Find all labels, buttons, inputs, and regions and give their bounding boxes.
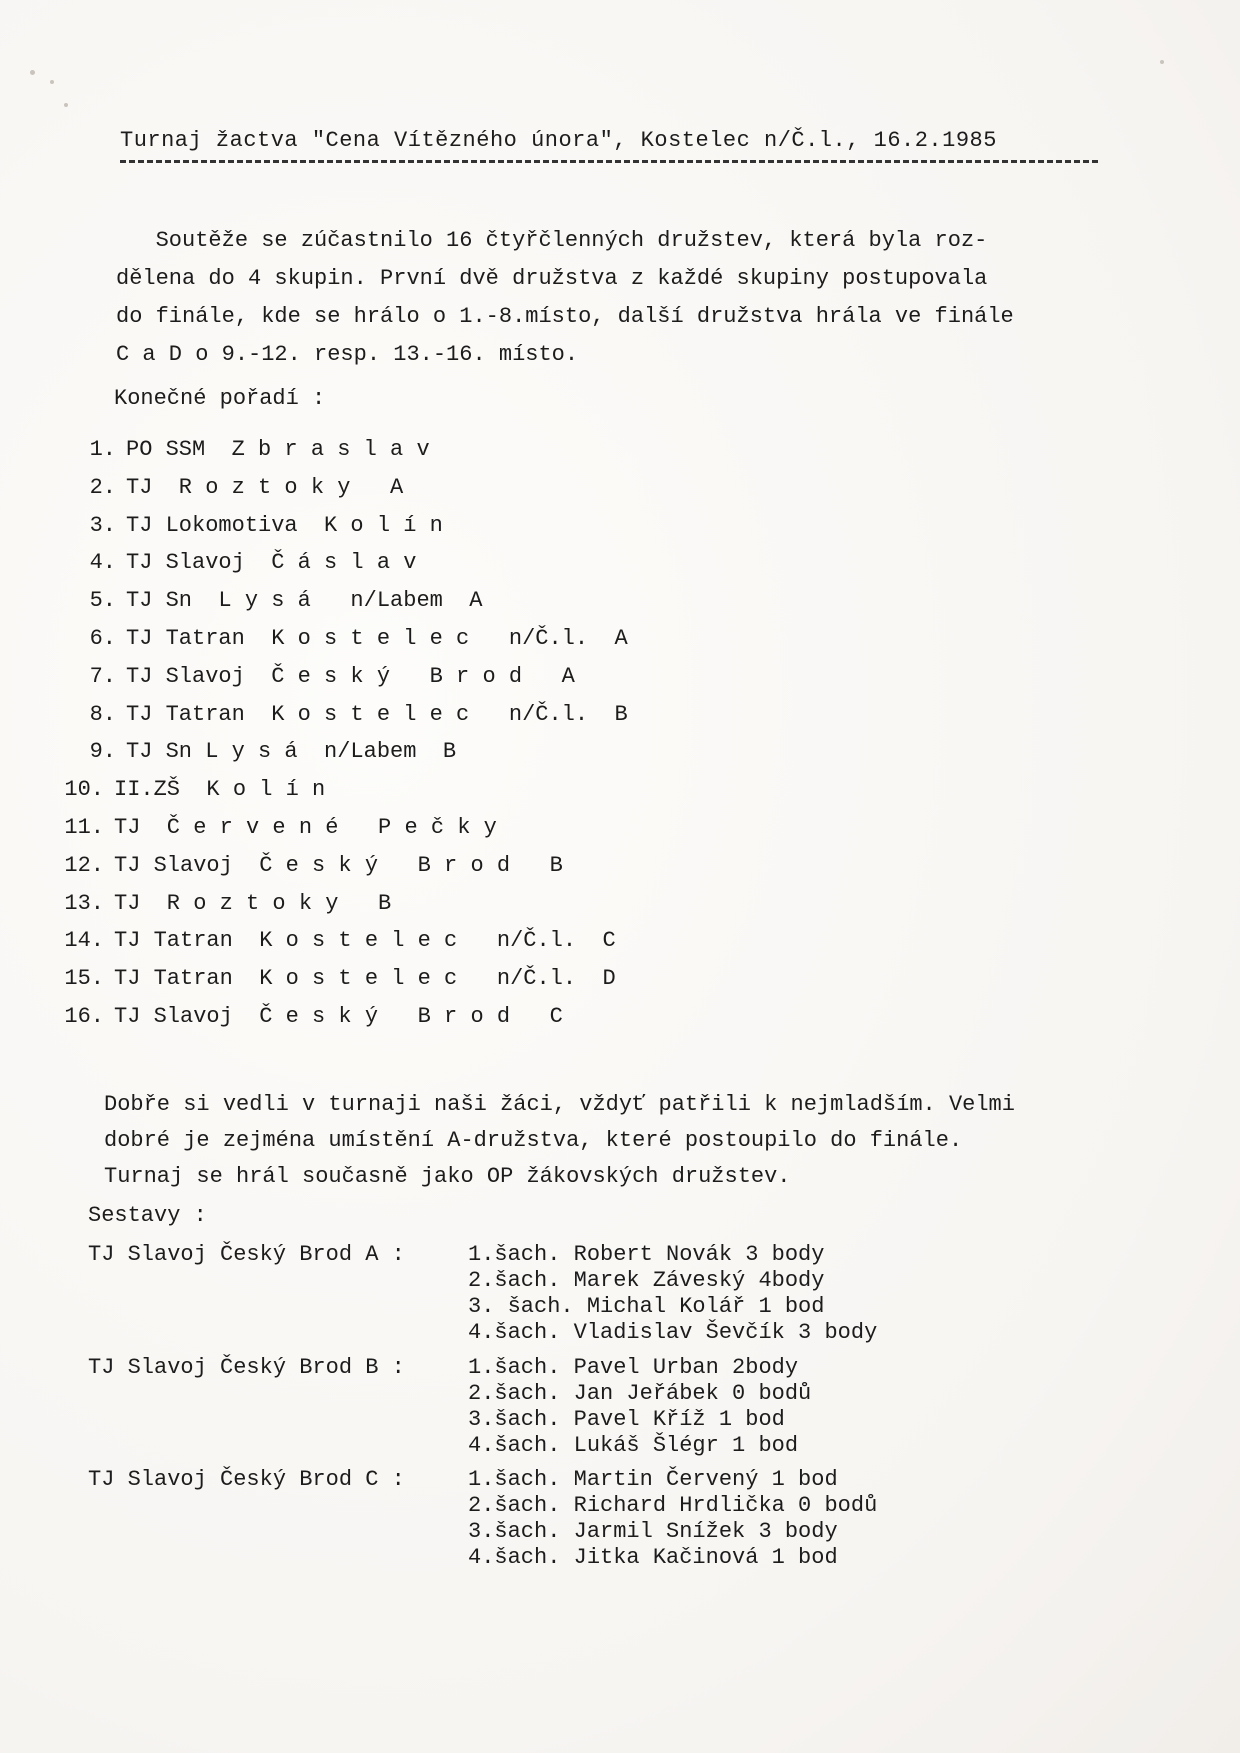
ranking-team: TJ R o z t o k y B <box>114 891 391 916</box>
lineup-team: TJ Slavoj Český Brod C : <box>88 1467 405 1492</box>
ranking-team: II.ZŠ K o l í n <box>114 777 325 802</box>
ranking-place: 15. <box>58 966 104 991</box>
ranking-place: 5. <box>70 588 116 613</box>
intro-line: C a D o 9.-12. resp. 13.-16. místo. <box>116 336 1176 374</box>
ranking-row: 13.TJ R o z t o k y B <box>58 891 391 921</box>
ranking-row: 16.TJ Slavoj Č e s k ý B r o d C <box>58 1004 563 1034</box>
ranking-place: 3. <box>70 513 116 538</box>
lineup-player: 4.šach. Lukáš Šlégr 1 bod <box>468 1433 811 1459</box>
ranking-place: 1. <box>70 437 116 462</box>
ranking-row: 14.TJ Tatran K o s t e l e c n/Č.l. C <box>58 928 616 958</box>
ranking-team: TJ Č e r v e n é P e č k y <box>114 815 497 840</box>
paper-speck <box>30 70 35 75</box>
paper-speck <box>50 80 54 84</box>
lineup-player: 2.šach. Jan Jeřábek 0 bodů <box>468 1381 811 1407</box>
ranking-row: 5.TJ Sn L y s á n/Labem A <box>70 588 482 618</box>
intro-line: dělena do 4 skupin. První dvě družstva z… <box>116 260 1176 298</box>
ranking-team: TJ Slavoj Č á s l a v <box>126 550 416 575</box>
ranking-row: 1.PO SSM Z b r a s l a v <box>70 437 430 467</box>
ranking-team: TJ Sn L y s á n/Labem A <box>126 588 482 613</box>
ranking-row: 2.TJ R o z t o k y A <box>70 475 403 505</box>
lineup-team: TJ Slavoj Český Brod A : <box>88 1242 405 1267</box>
ranking-team: TJ Tatran K o s t e l e c n/Č.l. D <box>114 966 616 991</box>
ranking-row: 11.TJ Č e r v e n é P e č k y <box>58 815 497 845</box>
ranking-row: 12.TJ Slavoj Č e s k ý B r o d B <box>58 853 563 883</box>
ranking-place: 4. <box>70 550 116 575</box>
paper-speck <box>64 103 68 107</box>
lineup-player: 1.šach. Robert Novák 3 body <box>468 1242 877 1268</box>
ranking-heading: Konečné pořadí : <box>114 386 325 411</box>
ranking-row: 9.TJ Sn L y s á n/Labem B <box>70 739 456 769</box>
comment-line: Dobře si vedli v turnaji naši žáci, vždy… <box>104 1087 1015 1123</box>
ranking-row: 10.II.ZŠ K o l í n <box>58 777 325 807</box>
comment-line: dobré je zejména umístění A-družstva, kt… <box>104 1123 1015 1159</box>
intro-paragraph: Soutěže se zúčastnilo 16 čtyřčlenných dr… <box>116 222 1176 374</box>
ranking-team: TJ Slavoj Č e s k ý B r o d C <box>114 1004 563 1029</box>
lineup-player: 1.šach. Pavel Urban 2body <box>468 1355 811 1381</box>
ranking-place: 14. <box>58 928 104 953</box>
ranking-row: 4.TJ Slavoj Č á s l a v <box>70 550 416 580</box>
ranking-team: TJ Tatran K o s t e l e c n/Č.l. B <box>126 702 628 727</box>
lineup-players: 1.šach. Pavel Urban 2body2.šach. Jan Jeř… <box>468 1355 811 1459</box>
ranking-row: 6.TJ Tatran K o s t e l e c n/Č.l. A <box>70 626 628 656</box>
lineup-player: 4.šach. Jitka Kačinová 1 bod <box>468 1545 877 1571</box>
ranking-place: 11. <box>58 815 104 840</box>
paper-speck <box>1160 60 1164 64</box>
lineup-player: 2.šach. Marek Záveský 4body <box>468 1268 877 1294</box>
comment-paragraph: Dobře si vedli v turnaji naši žáci, vždy… <box>104 1087 1015 1195</box>
lineups-heading: Sestavy : <box>88 1203 207 1228</box>
ranking-place: 6. <box>70 626 116 651</box>
lineup-player: 1.šach. Martin Červený 1 bod <box>468 1467 877 1493</box>
ranking-place: 9. <box>70 739 116 764</box>
ranking-row: 8.TJ Tatran K o s t e l e c n/Č.l. B <box>70 702 628 732</box>
ranking-place: 13. <box>58 891 104 916</box>
ranking-team: TJ Slavoj Č e s k ý B r o d B <box>114 853 563 878</box>
ranking-team: TJ R o z t o k y A <box>126 475 403 500</box>
ranking-place: 16. <box>58 1004 104 1029</box>
lineup-player: 3.šach. Jarmil Snížek 3 body <box>468 1519 877 1545</box>
intro-line: Soutěže se zúčastnilo 16 čtyřčlenných dr… <box>116 222 1176 260</box>
title-underline <box>120 160 1098 163</box>
intro-line: do finále, kde se hrálo o 1.-8.místo, da… <box>116 298 1176 336</box>
ranking-place: 2. <box>70 475 116 500</box>
ranking-row: 15.TJ Tatran K o s t e l e c n/Č.l. D <box>58 966 616 996</box>
ranking-team: TJ Sn L y s á n/Labem B <box>126 739 456 764</box>
lineup-players: 1.šach. Martin Červený 1 bod2.šach. Rich… <box>468 1467 877 1571</box>
document-title: Turnaj žactva "Cena Vítězného února", Ko… <box>120 128 997 153</box>
ranking-team: TJ Slavoj Č e s k ý B r o d A <box>126 664 575 689</box>
lineup-player: 3.šach. Pavel Kříž 1 bod <box>468 1407 811 1433</box>
lineup-player: 3. šach. Michal Kolář 1 bod <box>468 1294 877 1320</box>
ranking-row: 7.TJ Slavoj Č e s k ý B r o d A <box>70 664 575 694</box>
ranking-place: 10. <box>58 777 104 802</box>
lineup-players: 1.šach. Robert Novák 3 body2.šach. Marek… <box>468 1242 877 1346</box>
ranking-row: 3.TJ Lokomotiva K o l í n <box>70 513 443 543</box>
ranking-place: 8. <box>70 702 116 727</box>
ranking-team: PO SSM Z b r a s l a v <box>126 437 430 462</box>
comment-line: Turnaj se hrál současně jako OP žákovský… <box>104 1159 1015 1195</box>
ranking-team: TJ Tatran K o s t e l e c n/Č.l. A <box>126 626 628 651</box>
ranking-team: TJ Tatran K o s t e l e c n/Č.l. C <box>114 928 616 953</box>
ranking-place: 12. <box>58 853 104 878</box>
lineup-player: 4.šach. Vladislav Ševčík 3 body <box>468 1320 877 1346</box>
lineup-team: TJ Slavoj Český Brod B : <box>88 1355 405 1380</box>
ranking-place: 7. <box>70 664 116 689</box>
ranking-team: TJ Lokomotiva K o l í n <box>126 513 443 538</box>
lineup-player: 2.šach. Richard Hrdlička 0 bodů <box>468 1493 877 1519</box>
